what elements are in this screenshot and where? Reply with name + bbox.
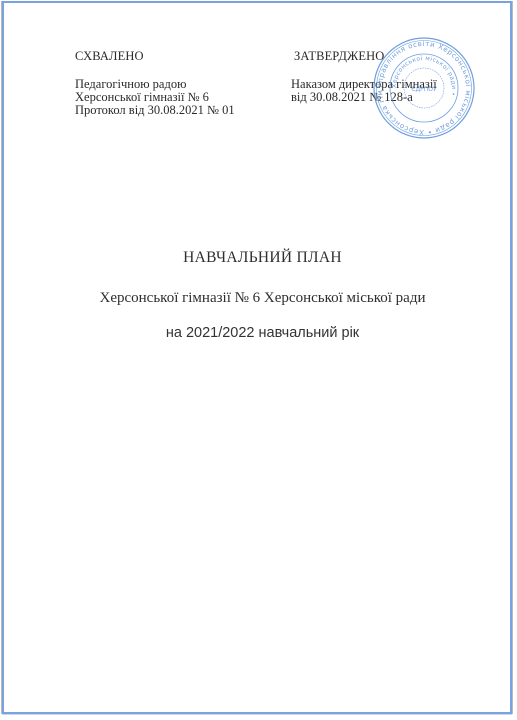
document-year: на 2021/2022 навчальний рік — [4, 325, 517, 341]
confirmed-block: ЗАТВЕРДЖЕНО Наказом директора гімназії в… — [291, 50, 437, 104]
document-page: СХВАЛЕНО Педагогічною радою Херсонської … — [2, 1, 512, 714]
confirmed-line-date: від 30.08.2021 № 128-а — [291, 91, 437, 104]
approved-line-protocol: Протокол від 30.08.2021 № 01 — [75, 104, 235, 117]
approved-heading: СХВАЛЕНО — [75, 50, 235, 63]
confirmed-heading: ЗАТВЕРДЖЕНО — [294, 50, 437, 63]
approved-block: СХВАЛЕНО Педагогічною радою Херсонської … — [75, 50, 235, 117]
document-title: НАВЧАЛЬНИЙ ПЛАН — [4, 249, 517, 267]
document-subtitle: Херсонської гімназії № 6 Херсонської міс… — [4, 290, 517, 307]
